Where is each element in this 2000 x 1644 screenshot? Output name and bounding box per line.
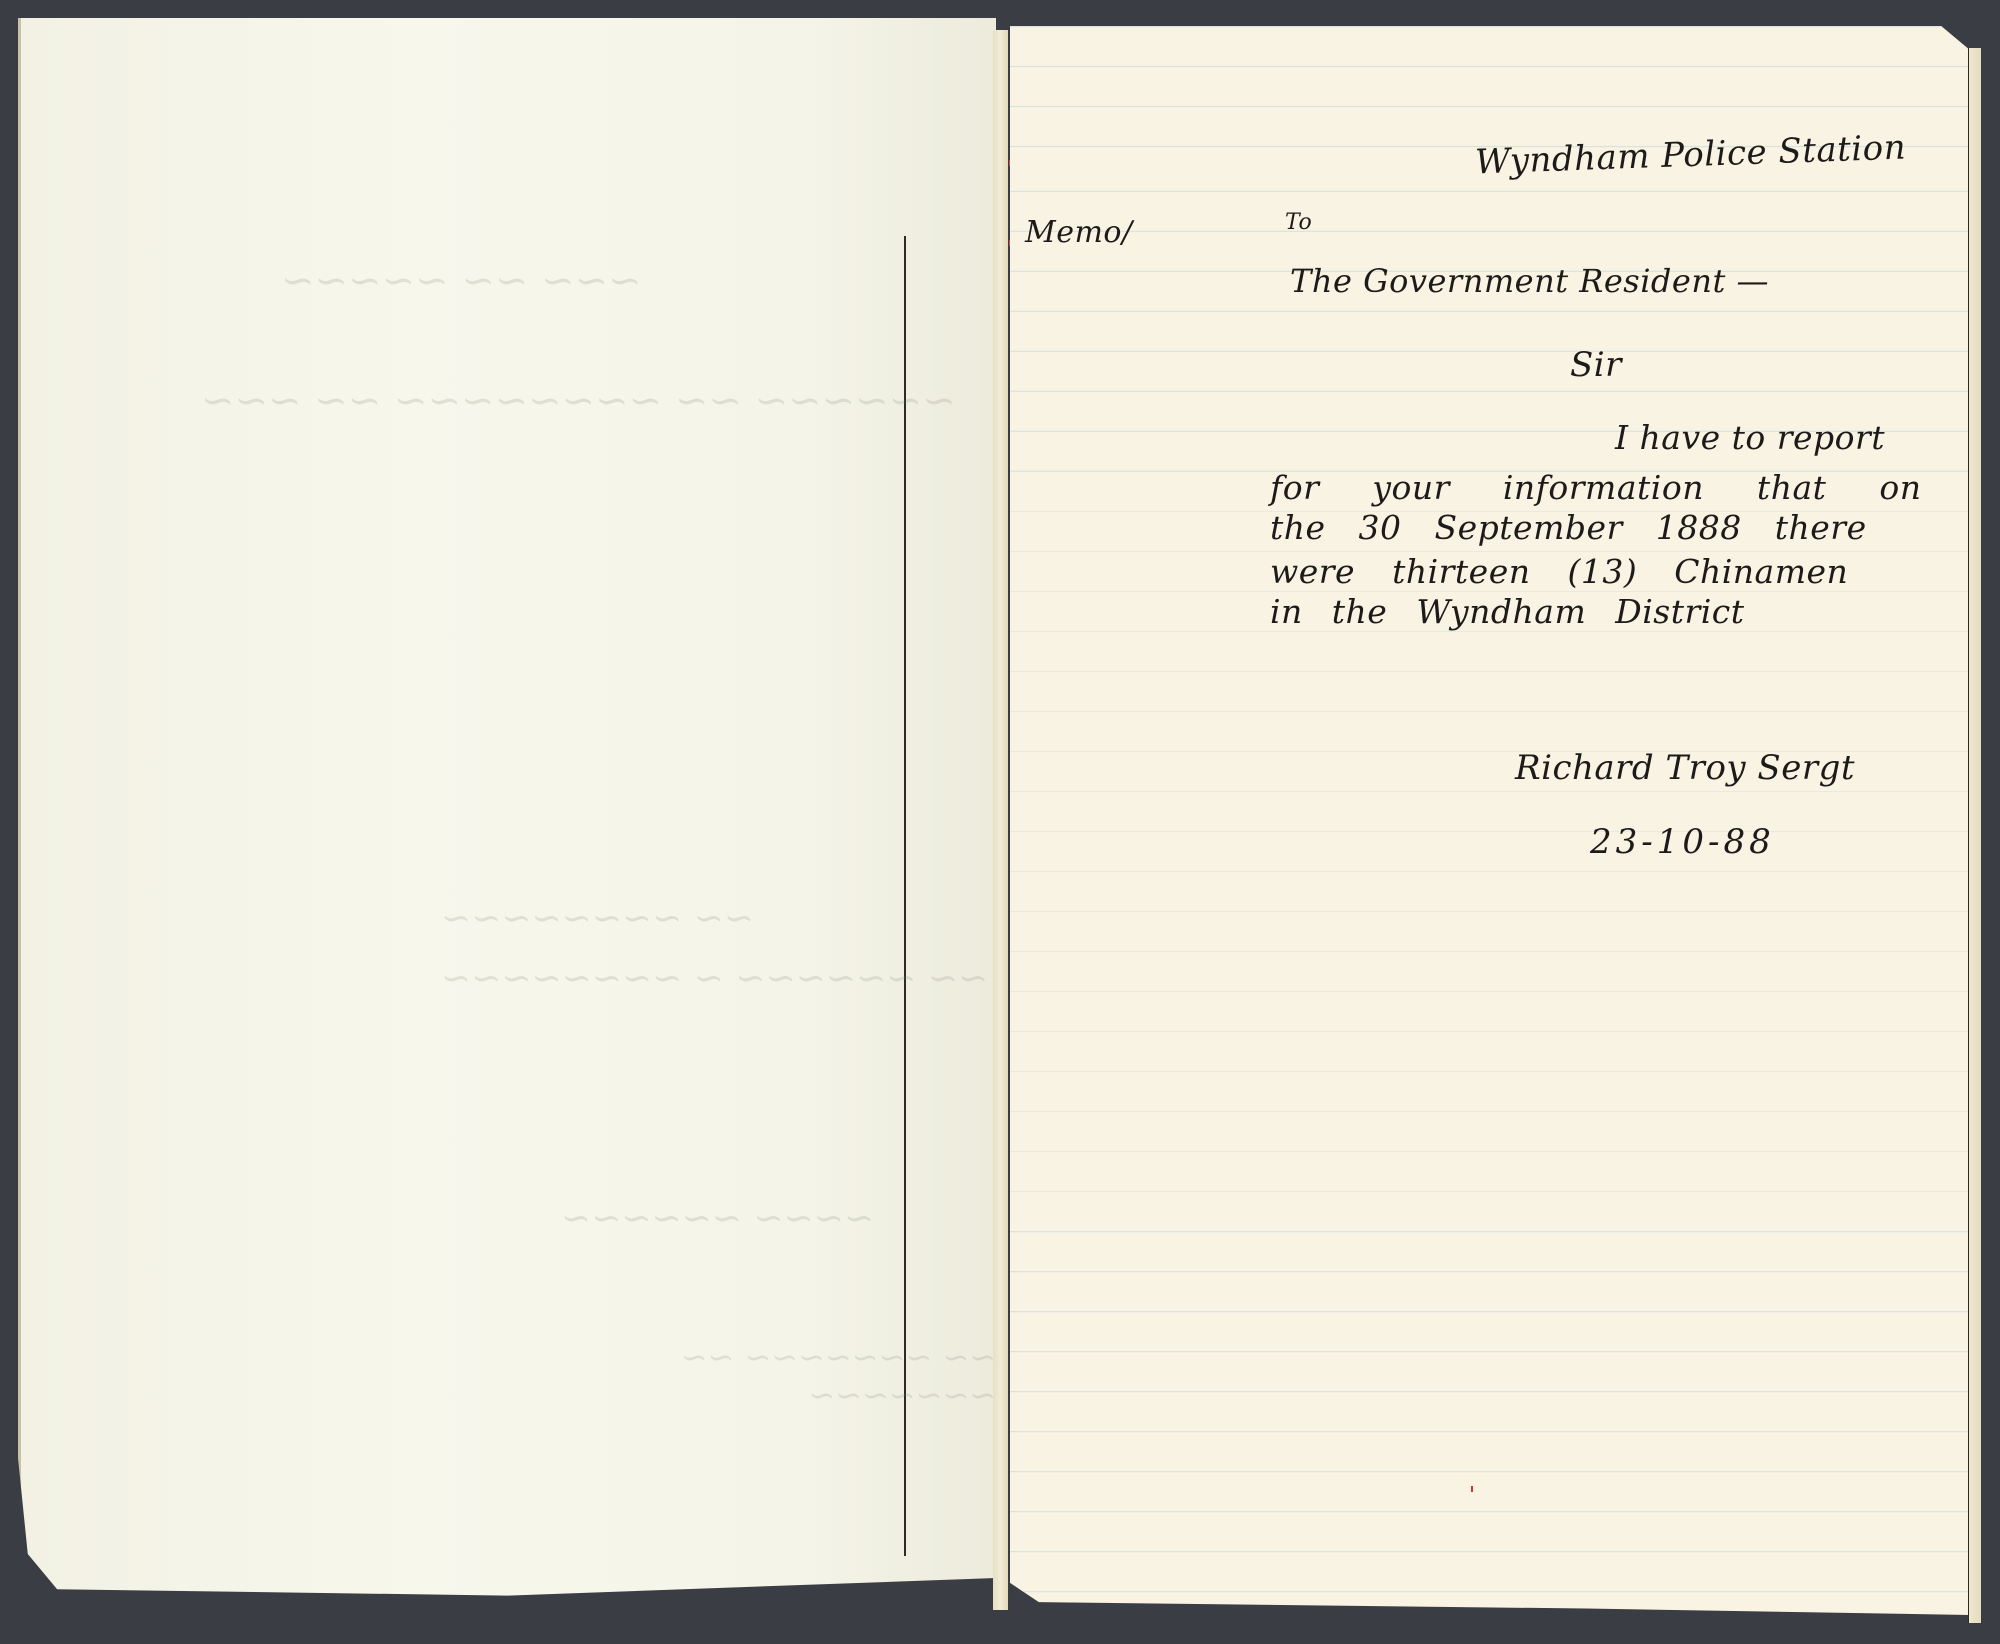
- addressee: The Government Resident —: [1290, 262, 1769, 300]
- body-line: I have to report: [1615, 418, 1885, 457]
- bleed-through-text: ~~ ~~~~~~~~: [441, 898, 754, 939]
- to-label: To: [1285, 210, 1312, 235]
- signature: Richard Troy Sergt: [1515, 748, 1855, 788]
- bleed-through-text: ~~~~ ~~~~~~: [561, 1198, 874, 1239]
- date: 23-10-88: [1590, 822, 1775, 862]
- bleed-through-text: ~~~ ~~ ~~~~~: [281, 258, 642, 304]
- book-spine: [993, 30, 1008, 1610]
- salutation: Sir: [1570, 345, 1622, 385]
- bleed-through-text: ~~ ~~~~~~~ ~~ ~~~~~~~: [561, 1338, 996, 1414]
- left-page: ~~~ ~~ ~~~~~ ~~~~~~ ~~ ~~~~~~~~ ~~ ~~~ ~…: [18, 18, 996, 1618]
- ink-mark: [1471, 1486, 1473, 1492]
- memo-label: Memo/: [1025, 215, 1133, 250]
- bleed-through-text: ~~~~~~ ~~ ~~~~~~~~ ~~ ~~~: [201, 378, 956, 424]
- body-line: were thirteen (13) Chinamen: [1270, 552, 1848, 591]
- bleed-through-text: ~~ ~~~~~~ ~ ~~~~~~~~: [441, 958, 988, 999]
- body-line: in the Wyndham District: [1270, 592, 1745, 631]
- page-edges: [1968, 48, 1981, 1623]
- body-line: for your information that on: [1270, 468, 1922, 507]
- body-line: the 30 September 1888 there: [1270, 508, 1867, 547]
